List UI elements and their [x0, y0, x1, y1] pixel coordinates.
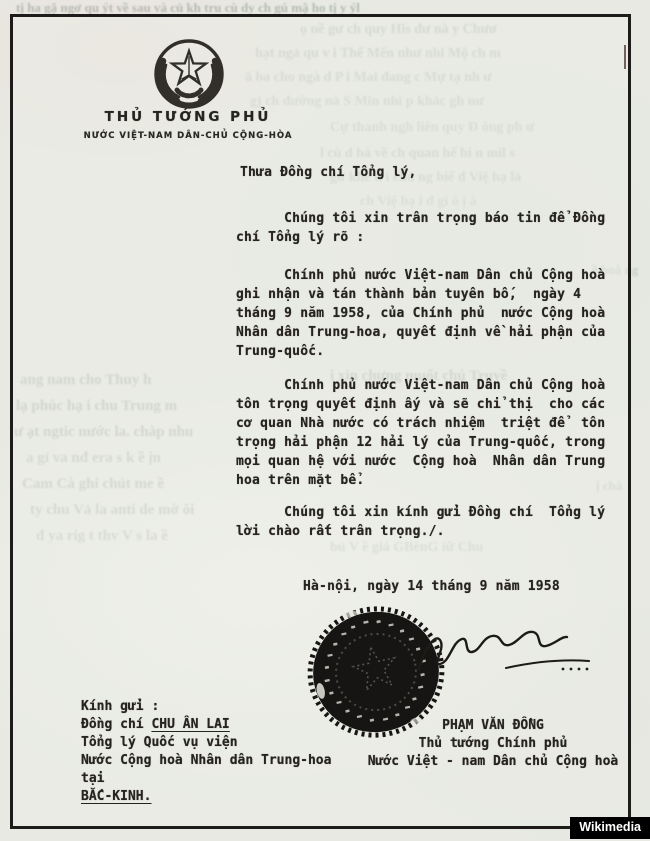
- letter-document-frame: THỦ TƯỚNG PHỦ NƯỚC VIỆT-NAM DÂN-CHỦ CỘNG…: [10, 14, 631, 829]
- paragraph-2: Chính phủ nước Việt-nam Dân chủ Cộng hoà…: [236, 266, 605, 361]
- scanned-letter-page: tị ha gặ ngơ qu ýt về sau và củ kh tru c…: [0, 0, 650, 841]
- scan-artifact-mark: [624, 45, 626, 69]
- signer-block: PHẠM VĂN ĐỒNG Thủ tướng Chính phủ Nước V…: [358, 717, 628, 771]
- signer-title: Thủ tướng Chính phủ: [358, 735, 628, 753]
- recipient-at: tại: [81, 770, 331, 788]
- recipient-salute: Kính gửi :: [81, 698, 331, 716]
- signer-name: PHẠM VĂN ĐỒNG: [358, 717, 628, 735]
- signature-handwriting: [411, 611, 606, 696]
- letterhead: THỦ TƯỚNG PHỦ NƯỚC VIỆT-NAM DÂN-CHỦ CỘNG…: [38, 109, 338, 141]
- paragraph-4: Chúng tôi xin kính gửi Đồng chí Tổng lý …: [236, 503, 605, 541]
- signer-country: Nước Việt - nam Dân chủ Cộng hoà: [358, 753, 628, 771]
- dateline: Hà-nội, ngày 14 tháng 9 năm 1958: [303, 577, 560, 596]
- recipient-name: CHU ÂN LAI: [151, 717, 229, 732]
- recipient-name-line: Đồng chí CHU ÂN LAI: [81, 716, 331, 734]
- paragraph-1: Chúng tôi xin trân trọng báo tin để Đồng…: [236, 209, 605, 247]
- wikimedia-watermark-badge[interactable]: Wikimedia: [570, 817, 650, 839]
- recipient-city: BẮC-KINH.: [81, 788, 331, 806]
- paragraph-3: Chính phủ nước Việt-nam Dân chủ Cộng hoà…: [236, 376, 605, 490]
- country-title: NƯỚC VIỆT-NAM DÂN-CHỦ CỘNG-HÒA: [38, 131, 338, 141]
- vietnam-emblem-icon: [148, 35, 230, 117]
- recipient-title: Tổng lý Quốc vụ viện: [81, 734, 331, 752]
- recipient-country: Nước Cộng hoà Nhân dân Trung-hoa: [81, 752, 331, 770]
- salutation: Thưa Đồng chí Tổng lý,: [240, 163, 417, 182]
- recipient-comrade-prefix: Đồng chí: [81, 717, 151, 732]
- office-title: THỦ TƯỚNG PHỦ: [38, 109, 338, 125]
- recipient-address-block: Kính gửi : Đồng chí CHU ÂN LAI Tổng lý Q…: [81, 698, 331, 806]
